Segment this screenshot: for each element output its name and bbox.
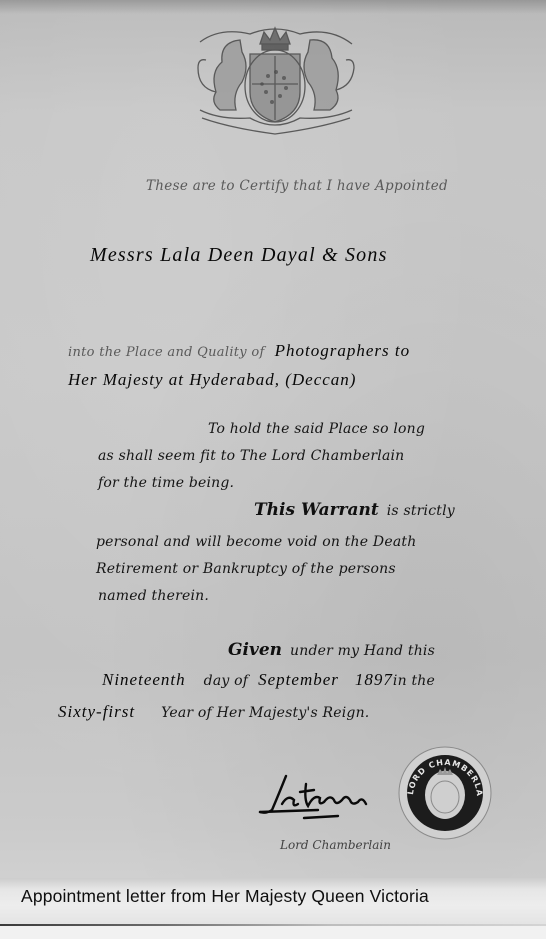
caption-text: Appointment letter from Her Majesty Quee… [21,886,429,907]
place-line: into the Place and Quality of Photograph… [68,341,410,361]
date-line: Nineteenth day of September 1897in the [102,670,435,690]
appointees-text: Messrs Lala Deen Dayal & Sons [90,244,388,267]
date-day-text: Nineteenth [102,670,186,689]
warrant-line-4: named therein. [98,588,209,604]
warrant-line-1-text: is strictly [387,503,455,519]
royal-coat-of-arms-icon [180,22,370,140]
date-month-text: September [258,670,339,689]
reign-line: Sixty-first Year of Her Majesty's Reign. [58,702,369,722]
tenure-line-2: as shall seem fit to The Lord Chamberlai… [98,448,404,464]
reign-year-text: Sixty-first [58,702,135,721]
given-lead-text: Given [228,640,282,660]
bottom-margin [0,926,546,939]
warrant-line-1: This Warrant is strictly [254,500,455,520]
date-mid-text: day of [204,673,248,689]
warrant-lead-text: This Warrant [254,500,379,520]
warrant-photograph: These are to Certify that I have Appoint… [0,0,546,939]
given-line: Given under my Hand this [228,640,435,660]
role-text: Photographers to [275,341,410,360]
tenure-line-3: for the time being. [98,475,234,491]
tenure-line-1: To hold the said Place so long [208,421,425,437]
signatory-title-text: Lord Chamberlain [280,838,391,852]
given-rest-text: under my Hand this [290,643,435,659]
preamble-text: These are to Certify that I have Appoint… [146,178,448,194]
date-tail-text: in the [393,673,435,689]
warrant-line-3: Retirement or Bankruptcy of the persons [96,561,396,577]
role-continued-text: Her Majesty at Hyderabad, (Deccan) [68,370,356,390]
reign-rest-text: Year of Her Majesty's Reign. [161,705,369,721]
date-year-text: 1897 [355,670,393,689]
lord-chamberlain-seal-icon: LORD CHAMBERLAIN [397,745,493,841]
warrant-line-2: personal and will become void on the Dea… [96,534,416,550]
signature-lathom-icon [258,770,378,820]
top-shadow [0,0,546,14]
place-prefix-text: into the Place and Quality of [68,345,265,360]
